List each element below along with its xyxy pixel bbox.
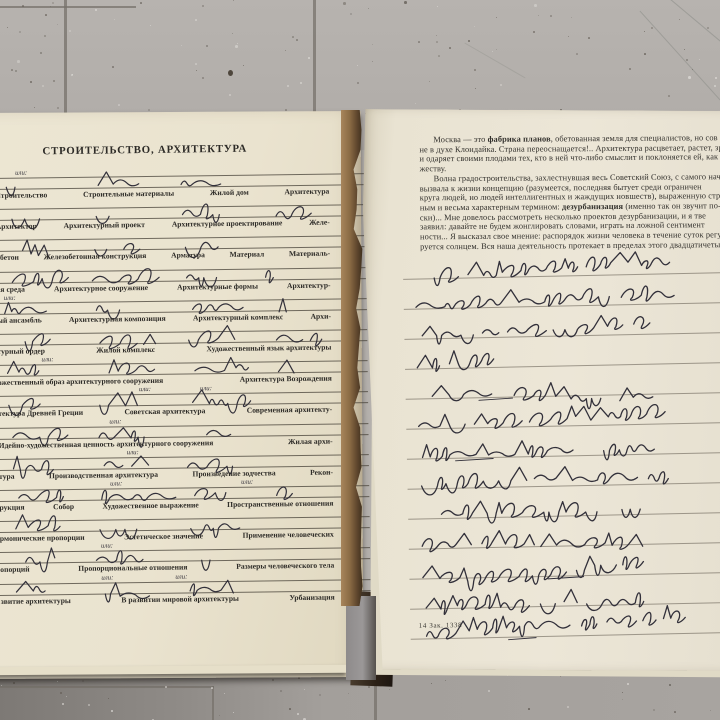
speckle-dot: [235, 45, 238, 48]
shorthand-stroke: [455, 458, 493, 460]
speckle-dot: [95, 9, 97, 11]
shorthand-stroke: [5, 302, 47, 314]
left-page-content: СТРОИТЕЛЬСТВО, АРХИТЕКТУРА Строительство…: [0, 110, 342, 680]
speckle-dot: [571, 17, 572, 18]
speckle-dot: [319, 694, 321, 696]
ili-note: или:: [4, 295, 16, 302]
shorthand-stroke: [279, 298, 286, 311]
speckle-dot: [66, 696, 67, 697]
printers-mark: 14 Зак. 1338: [419, 621, 463, 630]
speckle-dot: [528, 708, 530, 710]
speckle-dot: [707, 27, 709, 29]
speckle-dot: [644, 53, 646, 55]
shorthand-stroke: [479, 398, 513, 400]
speckle-dot: [688, 76, 691, 79]
printed-text-segment: , обетованная земля для специалистов, но…: [551, 133, 718, 143]
speckle-dot: [576, 53, 578, 55]
speckle-dot: [11, 69, 13, 71]
speckle-dot: [588, 37, 590, 39]
shorthand-stroke: [207, 430, 231, 436]
speckle-dot: [368, 686, 370, 688]
right-page: Москва — это фабрика планов, обетованная…: [357, 109, 720, 671]
speckle-dot: [148, 109, 150, 111]
ili-note: или:: [127, 449, 139, 456]
shorthand-stroke: [16, 581, 45, 592]
speckle-dot: [285, 50, 286, 51]
book-photo: СТРОИТЕЛЬСТВО, АРХИТЕКТУРА Строительство…: [0, 0, 720, 720]
shorthand-stroke: [509, 638, 537, 640]
speckle-dot: [287, 85, 289, 87]
speckle-dot: [431, 683, 432, 684]
spine-gap-floor: [346, 596, 376, 680]
speckle-dot: [651, 27, 653, 29]
speckle-dot: [45, 14, 47, 16]
floor-spot: [228, 70, 233, 76]
shorthand-stroke: [417, 350, 503, 372]
tile-seam: [64, 0, 67, 118]
speckle-dot: [622, 699, 623, 700]
speckle-dot: [296, 39, 298, 41]
ili-note: или:: [139, 386, 151, 393]
speckle-dot: [30, 81, 32, 83]
speckle-dot: [534, 4, 537, 7]
speckle-dot: [674, 711, 676, 713]
printed-text-segment: (именно так он звучит по-р: [623, 201, 720, 211]
speckle-dot: [229, 94, 231, 96]
ili-note: или:: [241, 479, 253, 486]
printed-line: жеству.: [420, 164, 447, 174]
speckle-dot: [82, 680, 84, 682]
caption-word: В развитии мировой архитектуры: [121, 593, 239, 604]
shorthand-stroke: [181, 181, 221, 187]
ili-note: или:: [101, 543, 113, 550]
ili-note: или:: [101, 574, 113, 581]
shorthand-row: звитие архитектурыВ развитии мировой арх…: [0, 579, 336, 614]
shorthand-stroke: [278, 360, 294, 373]
shorthand-stroke: [195, 357, 249, 372]
speckle-dot: [118, 104, 120, 106]
left-page: СТРОИТЕЛЬСТВО, АРХИТЕКТУРА Строительство…: [0, 111, 363, 679]
speckle-dot: [42, 85, 44, 87]
speckle-dot: [280, 690, 282, 692]
speckle-dot: [496, 49, 497, 50]
speckle-dot: [195, 19, 197, 21]
speckle-dot: [57, 681, 58, 682]
speckle-dot: [550, 15, 552, 17]
ili-note: или:: [15, 170, 27, 177]
shorthand-stroke: [19, 490, 64, 503]
shorthand-stroke: [416, 285, 675, 310]
printed-text-segment: Москва — это: [433, 135, 487, 144]
shorthand-stroke: [195, 488, 226, 500]
tile-seam: [313, 0, 316, 114]
speckle-dot: [714, 85, 716, 87]
speckle-dot: [692, 69, 693, 70]
speckle-dot: [437, 6, 438, 7]
speckle-dot: [669, 684, 671, 686]
tile-seam: [0, 686, 214, 688]
printed-text-segment: и одаряет своими плодами тех, кто в ней …: [419, 153, 718, 164]
speckle-dot: [668, 95, 670, 97]
speckle-dot: [292, 36, 294, 38]
shorthand-stroke: [109, 359, 155, 374]
speckle-dot: [233, 0, 234, 1]
speckle-dot: [211, 687, 213, 689]
shorthand-stroke: [7, 361, 38, 375]
speckle-dot: [13, 682, 15, 684]
ili-note: или:: [175, 573, 187, 580]
ili-note: или:: [110, 480, 122, 487]
ili-note: или:: [109, 418, 121, 425]
shorthand-stroke: [104, 456, 149, 468]
speckle-dot: [567, 706, 569, 708]
speckle-dot: [343, 2, 346, 5]
speckle-dot: [436, 41, 438, 43]
printed-text-segment: фабрика планов: [488, 134, 551, 143]
tile-seam: [212, 686, 214, 720]
shorthand-stroke: [277, 487, 302, 500]
speckle-dot: [404, 1, 407, 4]
printed-text-segment: ным и весьма характерным термином:: [420, 202, 562, 212]
speckle-dot: [297, 713, 299, 715]
speckle-dot: [308, 57, 310, 59]
printed-text-segment: руется солнцем. Вся наша деятельность пр…: [420, 240, 720, 251]
speckle-dot: [114, 19, 115, 20]
speckle-dot: [52, 2, 54, 4]
speckle-dot: [348, 693, 349, 694]
speckle-dot: [289, 708, 291, 710]
speckle-dot: [150, 25, 151, 26]
page-title: СТРОИТЕЛЬСТВО, АРХИТЕКТУРА: [0, 142, 295, 158]
caption-word: Урбанизация: [289, 592, 334, 602]
shorthand-stroke: [16, 515, 61, 532]
speckle-dot: [449, 47, 451, 49]
caption-word: звитие архитектуры: [1, 596, 71, 606]
shorthand-stroke: [422, 528, 643, 554]
speckle-dot: [112, 66, 114, 68]
speckle-dot: [622, 692, 623, 693]
speckle-dot: [195, 63, 197, 65]
speckle-dot: [60, 692, 62, 694]
speckle-dot: [429, 81, 430, 82]
speckle-dot: [17, 60, 20, 63]
shorthand-stroke: [548, 577, 584, 579]
speckle-dot: [372, 61, 373, 62]
shorthand-stroke: [98, 172, 139, 187]
speckle-dot: [418, 41, 420, 43]
tile-seam: [0, 6, 136, 8]
speckle-dot: [140, 2, 142, 4]
speckle-dot: [438, 55, 440, 57]
printed-text-segment: жеству.: [420, 164, 447, 173]
printed-line: и одаряет своими плодами тех, кто в ней …: [419, 153, 718, 165]
ili-note: или:: [200, 386, 212, 393]
ili-note: или:: [41, 356, 53, 363]
printed-text-segment: дезурбанизация: [562, 202, 623, 211]
